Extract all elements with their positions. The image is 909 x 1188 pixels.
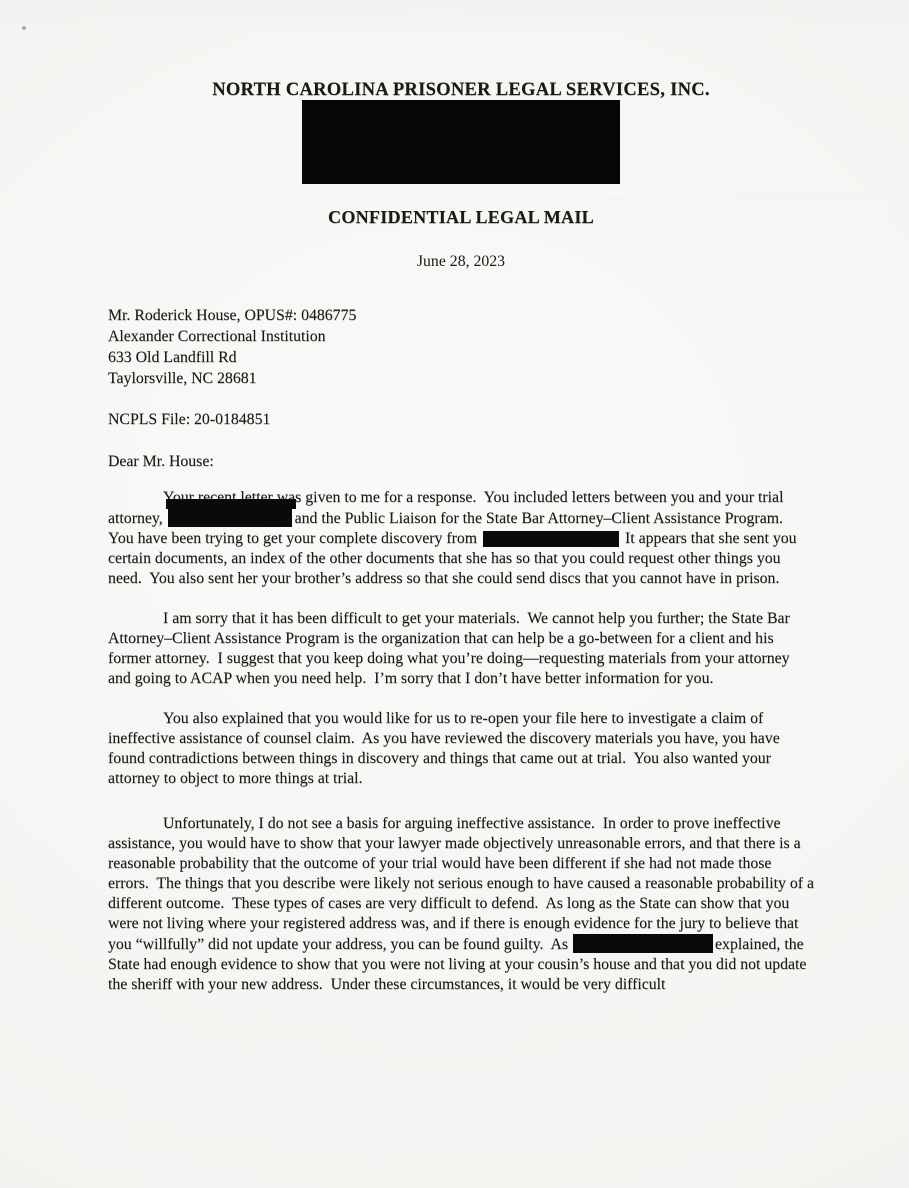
paragraph-text: Unfortunately, I do not see a basis for … — [108, 815, 818, 953]
recipient-name-line: Mr. Roderick House, OPUS#: 0486775 — [108, 305, 814, 326]
scan-speck — [22, 26, 26, 30]
paragraph-4: Unfortunately, I do not see a basis for … — [108, 814, 814, 995]
salutation: Dear Mr. House: — [108, 451, 814, 472]
redaction-box-letterhead-address — [302, 100, 620, 184]
recipient-address-block: Mr. Roderick House, OPUS#: 0486775 Alexa… — [108, 305, 814, 389]
paragraph-3: You also explained that you would like f… — [108, 709, 814, 789]
scanned-letter-page: NORTH CAROLINA PRISONER LEGAL SERVICES, … — [0, 0, 909, 1188]
recipient-institution-line: Alexander Correctional Institution — [108, 326, 814, 347]
redaction-box-attorney-name — [483, 531, 619, 547]
paragraph-text: I am sorry that it has been difficult to… — [108, 610, 794, 687]
paragraph-1: Your recent letter was given to me for a… — [108, 488, 814, 589]
recipient-street-line: 633 Old Landfill Rd — [108, 347, 814, 368]
letterhead-title: NORTH CAROLINA PRISONER LEGAL SERVICES, … — [108, 80, 814, 100]
file-reference: NCPLS File: 20-0184851 — [108, 409, 814, 430]
recipient-city-line: Taylorsville, NC 28681 — [108, 368, 814, 389]
redaction-box-attorney-name — [168, 508, 292, 527]
paragraph-text: You also explained that you would like f… — [108, 710, 784, 787]
paragraph-2: I am sorry that it has been difficult to… — [108, 609, 814, 689]
confidential-legal-mail-label: CONFIDENTIAL LEGAL MAIL — [108, 206, 814, 228]
redaction-box-attorney-name — [573, 934, 713, 953]
letter-date: June 28, 2023 — [108, 252, 814, 272]
paper-crease — [364, 198, 909, 201]
